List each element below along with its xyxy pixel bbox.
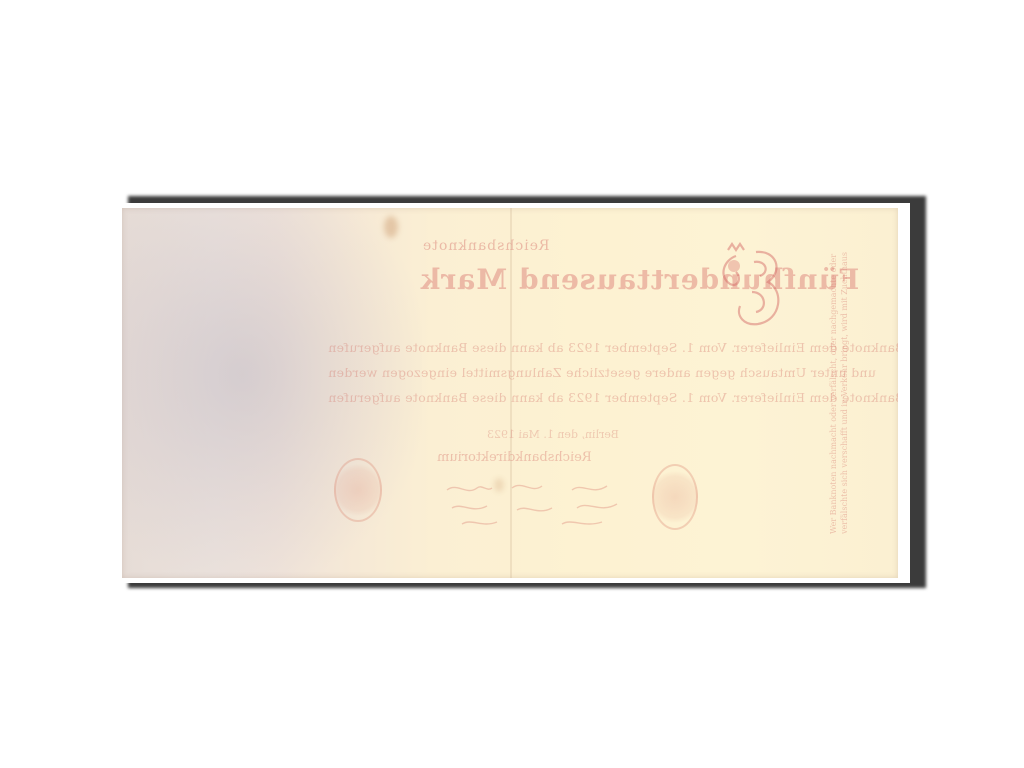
side-warning-text: Wer Banknoten nachmacht oder verfälscht,… — [828, 244, 850, 534]
heading-small: Reichsbanknote — [422, 238, 550, 254]
body-text-line: und unter Umtausch gegen andere gesetzli… — [328, 365, 876, 380]
photo-stage: Reichsbanknote Fünfhunderttausend Mark z… — [0, 0, 1024, 768]
stain — [384, 216, 398, 238]
body-text-line: zahlt die Reichsbankhauptkasse in Berlin… — [328, 390, 898, 405]
signatures-icon — [442, 478, 632, 528]
ornamental-initial-icon — [706, 242, 786, 332]
issuer: Reichsbankdirektorium — [437, 450, 592, 465]
body-text-line: zahlt die Reichsbankhauptkasse in Berlin… — [328, 340, 898, 355]
seal-left-icon — [334, 458, 382, 522]
place-date: Berlin, den 1. Mai 1923 — [487, 428, 619, 441]
banknote: Reichsbanknote Fünfhunderttausend Mark z… — [122, 208, 898, 578]
seal-right-icon — [652, 464, 698, 530]
heading-large: Fünfhunderttausend Mark — [420, 263, 859, 296]
